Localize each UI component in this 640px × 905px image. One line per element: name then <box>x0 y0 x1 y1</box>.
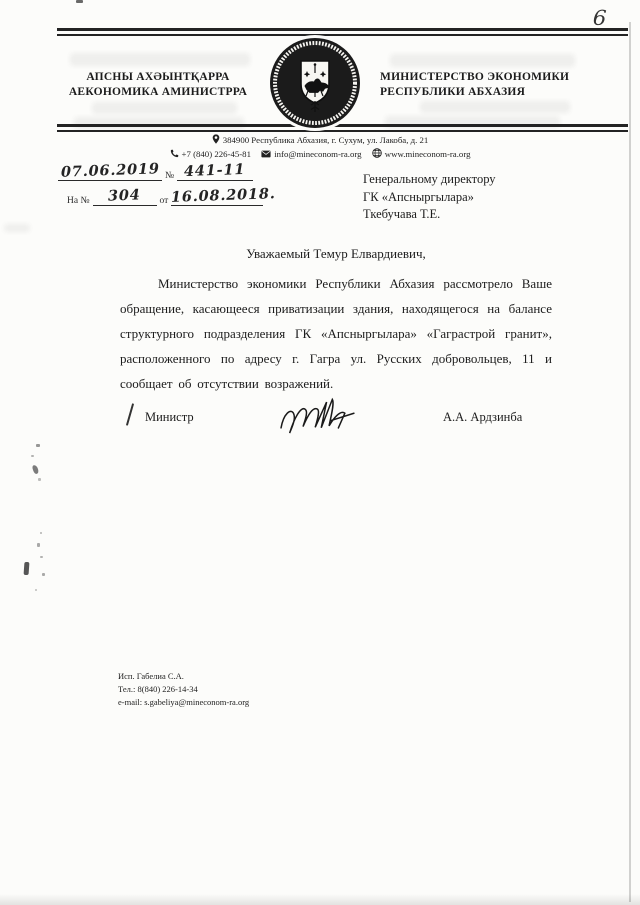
outgoing-date-field: 07.06.2019 <box>58 163 162 181</box>
scan-bottom-shadow <box>0 894 640 905</box>
org-name-russian-line1: МИНИСТЕРСТВО ЭКОНОМИКИ <box>380 70 620 85</box>
contact-strip: 384900 Республика Абхазия, г. Сухум, ул.… <box>0 133 640 161</box>
map-pin-icon <box>212 134 220 144</box>
incoming-number-field: 304 <box>93 188 157 206</box>
outgoing-number-handwritten: 441-11 <box>184 161 246 180</box>
org-name-russian: МИНИСТЕРСТВО ЭКОНОМИКИ РЕСПУБЛИКИ АБХАЗИ… <box>380 70 620 100</box>
handwritten-check-mark <box>126 403 134 426</box>
envelope-icon <box>261 150 271 158</box>
scan-artifact <box>32 464 40 474</box>
salutation: Уважаемый Темур Елвардиевич, <box>120 246 552 262</box>
outgoing-number-field: 441-11 <box>177 163 253 181</box>
signature-scribble-icon <box>270 387 367 444</box>
scan-artifact <box>38 478 41 481</box>
incoming-reference-line: На №304от16.08.2018. <box>64 188 263 206</box>
scan-artifact <box>37 543 40 547</box>
emblem-seal-icon <box>267 35 363 131</box>
letter-body-paragraph: Министерство экономики Республики Абхази… <box>120 271 552 396</box>
recipient-block: Генеральному директору ГК «Апсныргылара»… <box>363 171 496 224</box>
recipient-name: Ткебучава Т.Е. <box>363 206 496 224</box>
executor-block: Исп. Габелиа С.А. Тел.: 8(840) 226-14-34… <box>118 670 249 709</box>
globe-icon <box>372 148 382 158</box>
recipient-position: Генеральному директору <box>363 171 496 189</box>
phone-icon <box>170 149 179 158</box>
recipient-organization: ГК «Апсныргылара» <box>363 189 496 207</box>
signer-name: А.А. Ардзинба <box>443 410 522 425</box>
scan-ghost-smudge <box>420 101 570 113</box>
scan-ghost-smudge <box>70 53 250 66</box>
scan-artifact <box>31 455 34 457</box>
contact-website: www.mineconom-ra.org <box>372 149 471 159</box>
org-name-russian-line2: РЕСПУБЛИКИ АБХАЗИЯ <box>380 85 620 100</box>
outgoing-date-handwritten: 07.06.2019 <box>60 160 159 180</box>
scan-ghost-smudge <box>4 224 30 232</box>
scan-edge-line <box>629 22 631 902</box>
number-sign: № <box>162 171 177 181</box>
contact-phone: +7 (840) 226-45-81 <box>170 149 254 159</box>
handwritten-signature <box>272 392 364 445</box>
outgoing-reference-line: 07.06.2019№441-11 <box>58 163 253 181</box>
scan-artifact <box>35 589 37 591</box>
signer-title: Министр <box>145 410 194 425</box>
phone-text: +7 (840) 226-45-81 <box>182 149 251 159</box>
contact-email: info@mineconom-ra.org <box>261 149 364 159</box>
scan-artifact <box>40 556 43 558</box>
scan-artifact <box>76 0 83 3</box>
contact-address-line: 384900 Республика Абхазия, г. Сухум, ул.… <box>0 133 640 147</box>
incoming-date-handwritten: 16.08.2018. <box>171 185 276 206</box>
scan-ghost-smudge <box>390 54 575 67</box>
org-name-abkhaz-line1: АПСНЫ АХӘЫНТҚАРРА <box>57 70 259 85</box>
scan-ghost-smudge <box>92 102 237 114</box>
contact-address: 384900 Республика Абхазия, г. Сухум, ул.… <box>212 135 429 145</box>
scan-artifact <box>36 444 40 447</box>
scanned-letter-page: 6 АПСНЫ АХӘЫНТҚАРРА АЕКОНОМИКА АМИНИСТРР… <box>0 0 640 905</box>
contact-comm-line: +7 (840) 226-45-81 info@mineconom-ra.org… <box>0 147 640 161</box>
org-name-abkhaz: АПСНЫ АХӘЫНТҚАРРА АЕКОНОМИКА АМИНИСТРРА <box>57 70 259 100</box>
handwritten-page-number: 6 <box>592 6 607 31</box>
org-name-abkhaz-line2: АЕКОНОМИКА АМИНИСТРРА <box>57 85 259 100</box>
reply-label: На № <box>64 196 93 206</box>
incoming-date-field: 16.08.2018. <box>171 188 263 206</box>
scan-artifact <box>40 532 42 534</box>
scan-artifact <box>42 573 45 576</box>
executor-phone: Тел.: 8(840) 226-14-34 <box>118 683 249 696</box>
address-text: 384900 Республика Абхазия, г. Сухум, ул.… <box>223 135 429 145</box>
website-text: www.mineconom-ra.org <box>385 149 471 159</box>
email-text: info@mineconom-ra.org <box>274 149 361 159</box>
executor-email: e-mail: s.gabeliya@mineconom-ra.org <box>118 696 249 709</box>
incoming-number-handwritten: 304 <box>108 186 141 204</box>
scan-artifact <box>24 562 30 575</box>
reply-from-label: от <box>157 196 172 206</box>
coat-of-arms-emblem <box>267 35 363 136</box>
executor-name: Исп. Габелиа С.А. <box>118 670 249 683</box>
